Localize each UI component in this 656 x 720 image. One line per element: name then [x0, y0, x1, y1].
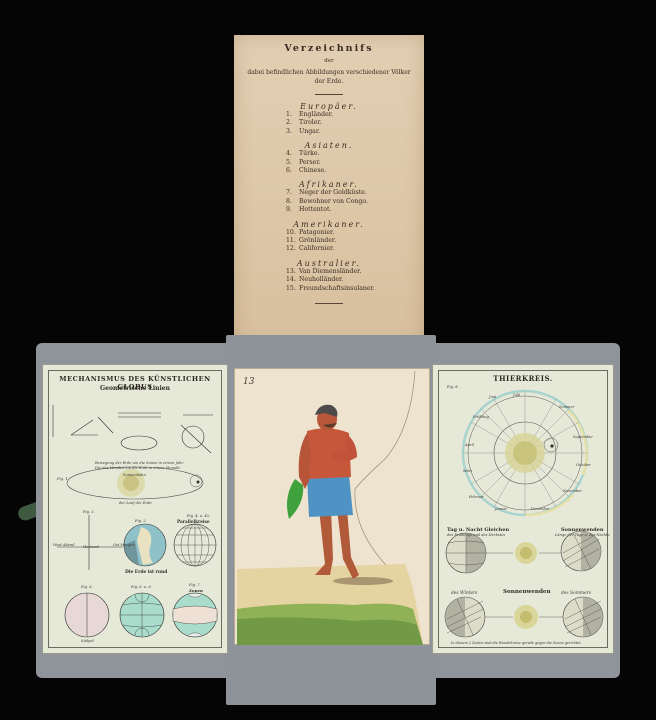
month-september: September: [573, 435, 593, 439]
season-sommer: Sommer: [559, 405, 574, 409]
list-item: 4.Türke.: [286, 150, 424, 158]
group-asiaten: Asiaten. 4.Türke. 5.Perser. 6.Chinese.: [234, 141, 424, 175]
section-sonnenwenden-2-title: Sonnenwenden: [503, 589, 551, 595]
list-item: 3.Ungar.: [286, 128, 424, 136]
label-erde-rund: Die Erde ist rund: [125, 570, 167, 575]
caption-2: Die des Mondes um die Erde in einem Mona…: [95, 466, 181, 470]
figure-illustration: [235, 369, 431, 646]
month-maerz: März: [463, 469, 472, 473]
plate-caption: In diesem 2 Zeiten sind die Wendekreise …: [451, 641, 582, 645]
label-fig3: Fig. 3.: [83, 510, 95, 514]
label-fig-ab: Fig. 6. u. 6.: [131, 585, 152, 589]
group-heading: Amerikaner.: [234, 220, 424, 229]
index-subtitle-der: der: [234, 58, 424, 64]
plate-thierkreis: THIERKREIS. Fig. 8.: [432, 364, 614, 654]
group-amerikaner: Amerikaner. 10.Patagonier. 11.Grönländer…: [234, 220, 424, 254]
geometry-diagram: [43, 365, 229, 655]
list-item: 11.Grönländer.: [286, 237, 424, 245]
month-julii: Julii: [513, 393, 520, 397]
list-item: 9.Hottentot.: [286, 206, 424, 214]
index-title: Verzeichnifs: [234, 43, 424, 54]
divider: [315, 94, 343, 95]
list-item: 1.Engländer.: [286, 111, 424, 119]
list-item: 14.Neuholländer.: [286, 276, 424, 284]
group-europaer: Europäer. 1.Engländer. 2.Tiroler. 3.Unga…: [234, 102, 424, 136]
group-heading: Asiaten.: [234, 141, 424, 150]
caption-1: Bewegung der Erde um die Sonne in einem …: [95, 461, 184, 465]
label-erdlauf: der Lauf der Erde: [119, 501, 152, 505]
label-fig1: Fig. 1.: [57, 477, 69, 481]
section-tag-nacht-sub: des Frühlings und des Herbstes: [447, 533, 505, 537]
list-item: 13.Van Diemensländer.: [286, 268, 424, 276]
group-afrikaner: Afrikaner. 7.Neger der Goldküste. 8.Bewo…: [234, 180, 424, 214]
season-fruehling: Frühling: [473, 415, 489, 419]
label-fig7: Fig. 7.: [189, 583, 201, 587]
group-australier: Australier. 13.Van Diemensländer. 14.Neu…: [234, 259, 424, 293]
group-heading: Afrikaner.: [234, 180, 424, 189]
divider: [315, 303, 343, 304]
plate-illustration-13: 13: [234, 368, 430, 645]
label-zonen: Zonen: [189, 588, 203, 593]
label-des-winters: des Winters: [451, 591, 477, 596]
label-parallelkreise: Parallelkreise: [177, 519, 210, 524]
list-item: 2.Tiroler.: [286, 119, 424, 127]
list-item: 5.Perser.: [286, 159, 424, 167]
zodiac-diagram: [433, 365, 615, 655]
list-item: 10.Patagonier.: [286, 229, 424, 237]
index-card: Verzeichnifs der dabei befindlichen Abbi…: [234, 35, 424, 345]
label-suedpol: Südpol: [81, 639, 94, 643]
list-item: 8.Bewohner von Congo.: [286, 198, 424, 206]
label-fig2: Fig. 2.: [135, 519, 147, 523]
month-november: November: [563, 489, 582, 493]
group-heading: Europäer.: [234, 102, 424, 111]
month-januar: Januar: [495, 507, 507, 511]
month-december: December: [531, 507, 550, 511]
label-des-sommers: des Sommers: [561, 591, 591, 596]
label-horizont: Horizont: [83, 545, 99, 549]
section-sonnenwenden-sub: Länge der Tage u. der Nächte: [555, 533, 610, 537]
list-item: 7.Neger der Goldküste.: [286, 189, 424, 197]
label-fig45: Fig. 4. u. 45.: [187, 514, 210, 518]
list-item: 12.Californier.: [286, 245, 424, 253]
month-februar: Februar: [469, 495, 484, 499]
label-west: West Abend: [53, 543, 75, 547]
plate-globus: MECHANISMUS DES KÜNSTLICHEN GLOBUS Geome…: [42, 364, 228, 654]
label-ost: Ost Morgen: [113, 543, 135, 547]
label-sonnenbahn: Sonnenbahn: [123, 473, 146, 477]
month-juni: Juni: [489, 395, 496, 399]
index-subtitle: dabei befindlichen Abbildungen verschied…: [234, 68, 424, 86]
list-item: 15.Freundschaftsinsulaner.: [286, 285, 424, 293]
month-april: April: [465, 443, 474, 447]
month-october: October: [576, 463, 591, 467]
list-item: 6.Chinese.: [286, 167, 424, 175]
label-fig6: Fig. 6.: [81, 585, 93, 589]
group-heading: Australier.: [234, 259, 424, 268]
